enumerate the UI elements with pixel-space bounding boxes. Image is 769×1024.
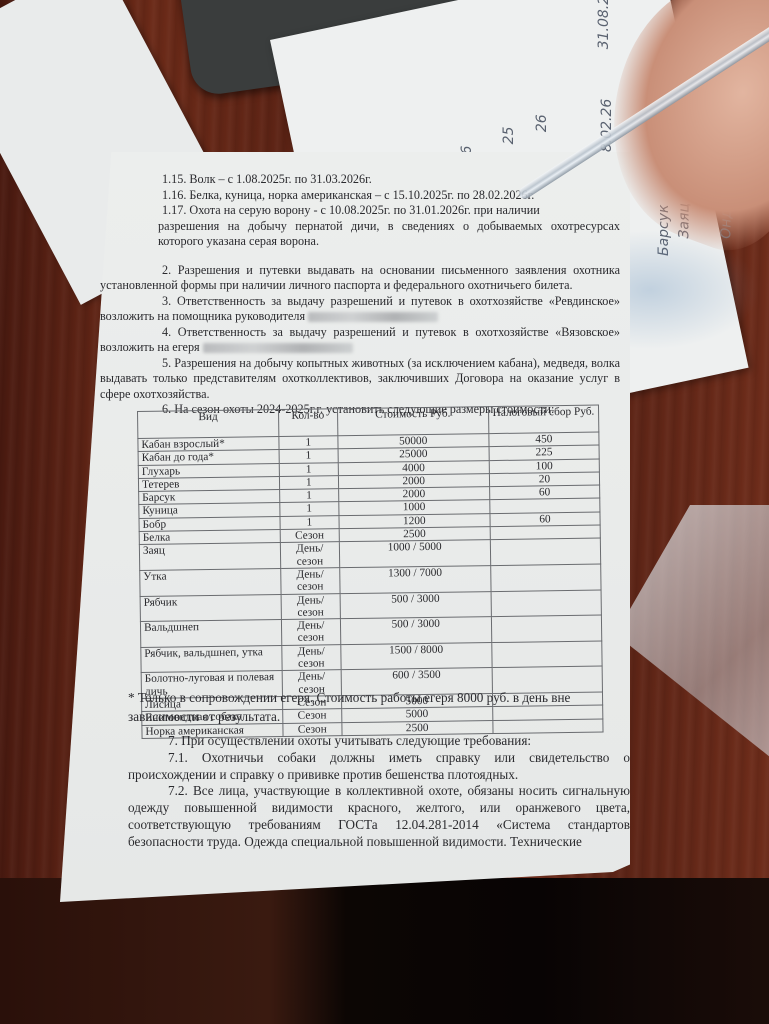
cell-tax bbox=[491, 590, 601, 617]
cell-quantity: 1 bbox=[280, 502, 339, 516]
cell-quantity: День/сезон bbox=[282, 644, 341, 670]
item-3: 3. Ответственность за выдачу разрешений … bbox=[100, 294, 620, 325]
cell-quantity: День/сезон bbox=[281, 593, 340, 619]
cell-cost: 1500 / 8000 bbox=[340, 642, 492, 670]
item-5: 5. Разрешения на добычу копытных животны… bbox=[100, 356, 620, 403]
cell-species: Рябчик, вальдшнеп, утка bbox=[141, 645, 282, 673]
header-quantity: Кол-во bbox=[278, 409, 337, 437]
item-2: 2. Разрешения и путевки выдавать на осно… bbox=[100, 263, 620, 294]
cell-cost: 1000 / 5000 bbox=[339, 540, 491, 568]
cell-species: Рябчик bbox=[140, 594, 281, 622]
footnote: * Только в сопровождении егеря. Стоимост… bbox=[128, 688, 628, 726]
cell-quantity: 1 bbox=[279, 436, 338, 450]
header-cost: Стоимость Руб. bbox=[337, 407, 489, 436]
section-7: 7. При осуществлении охоты учитывать сле… bbox=[128, 733, 630, 851]
cell-tax bbox=[491, 564, 601, 591]
cell-quantity: День/сезон bbox=[281, 619, 340, 645]
item-7: 7. При осуществлении охоты учитывать сле… bbox=[128, 733, 630, 750]
cell-quantity: 1 bbox=[280, 515, 339, 529]
desk-shadow bbox=[0, 878, 769, 1024]
cell-quantity: Сезон bbox=[280, 529, 339, 543]
item-4: 4. Ответственность за выдачу разрешений … bbox=[100, 325, 620, 356]
item-7-2: 7.2. Все лица, участвующие в коллективно… bbox=[128, 783, 630, 850]
cell-quantity: 1 bbox=[279, 476, 338, 490]
item-1-17-cont: разрешения на добычу пернатой дичи, в св… bbox=[100, 219, 620, 250]
cell-quantity: 1 bbox=[279, 462, 338, 476]
cell-species: Заяц bbox=[139, 543, 280, 571]
cell-species: Утка bbox=[140, 568, 281, 596]
cell-cost: 1300 / 7000 bbox=[339, 566, 491, 594]
cell-quantity: 1 bbox=[280, 489, 339, 503]
item-7-1: 7.1. Охотничьи собаки должны иметь справ… bbox=[128, 750, 630, 784]
cell-quantity: День/сезон bbox=[281, 568, 340, 594]
redacted-name bbox=[308, 312, 438, 322]
handwritten-note: 31.08.26 bbox=[596, 0, 612, 49]
cell-cost: 500 / 3000 bbox=[340, 617, 492, 645]
cell-tax bbox=[491, 615, 601, 642]
cell-cost: 500 / 3000 bbox=[340, 591, 492, 619]
cell-quantity: День/сезон bbox=[280, 542, 339, 568]
cell-species: Вальдшнеп bbox=[140, 620, 281, 648]
handwritten-note: 25 bbox=[501, 126, 517, 144]
cell-tax bbox=[490, 538, 600, 565]
redacted-name bbox=[203, 343, 353, 353]
document-text: 1.15. Волк – с 1.08.2025г. по 31.03.2026… bbox=[100, 172, 620, 418]
item-1-16: 1.16. Белка, куница, норка американская … bbox=[100, 188, 620, 204]
item-1-17: 1.17. Охота на серую ворону - с 10.08.20… bbox=[100, 203, 620, 219]
cell-quantity: 1 bbox=[279, 449, 338, 463]
cell-tax bbox=[492, 641, 602, 668]
header-species: Вид bbox=[138, 410, 279, 439]
header-tax: Налоговый сбор Руб. bbox=[488, 405, 598, 434]
handwritten-note: 26 bbox=[534, 114, 550, 132]
